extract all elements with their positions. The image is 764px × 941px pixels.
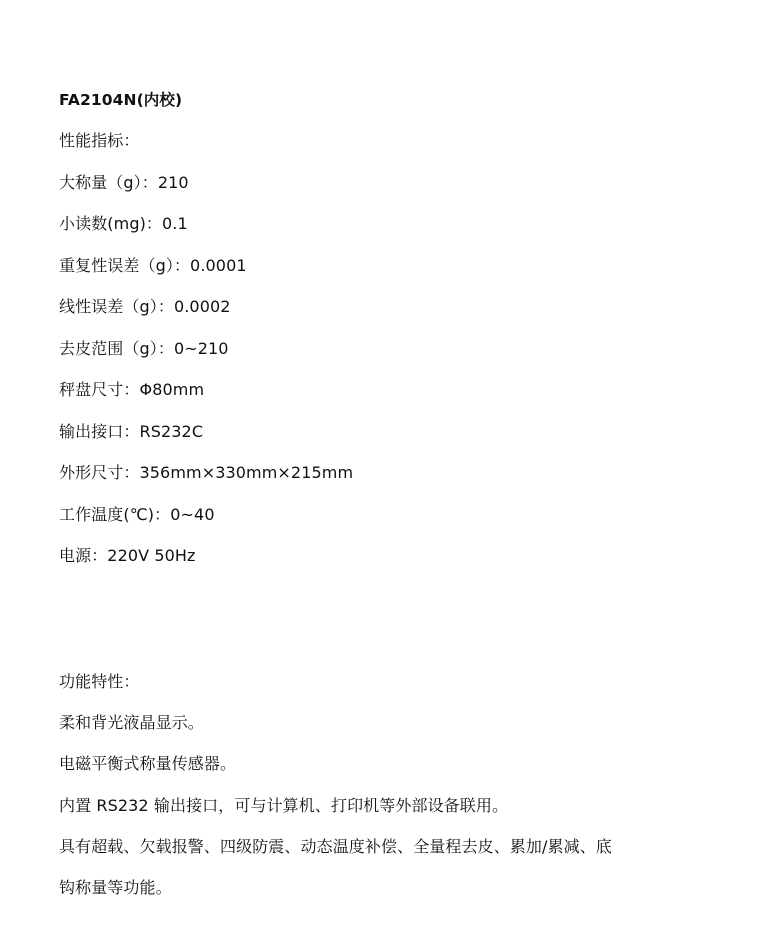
spec-operating-temperature: 工作温度(℃)：0~40 (59, 505, 215, 525)
spec-pan-size: 秤盘尺寸：Φ80mm (59, 380, 204, 400)
spec-output-interface: 输出接口：RS232C (59, 422, 203, 442)
specs-heading: 性能指标： (59, 131, 140, 151)
feature-functions-line2: 钩称量等功能。 (59, 878, 172, 898)
feature-backlit-lcd: 柔和背光液晶显示。 (59, 713, 204, 733)
feature-rs232: 内置 RS232 输出接口，可与计算机、打印机等外部设备联用。 (59, 796, 508, 816)
spec-linearity: 线性误差（g）：0.0002 (59, 297, 231, 317)
product-title: FA2104N(内校) (59, 90, 182, 110)
spec-tare-range: 去皮范围（g）：0~210 (59, 339, 229, 359)
spec-dimensions: 外形尺寸：356mm×330mm×215mm (59, 463, 353, 483)
features-heading: 功能特性： (59, 672, 140, 692)
spec-power: 电源：220V 50Hz (59, 546, 196, 566)
feature-functions-line1: 具有超载、欠载报警、四级防震、动态温度补偿、全量程去皮、累加/累减、底 (59, 837, 612, 857)
feature-sensor: 电磁平衡式称量传感器。 (59, 754, 236, 774)
spec-readability: 小读数(mg)：0.1 (59, 214, 188, 234)
spec-repeatability: 重复性误差（g）：0.0001 (59, 256, 247, 276)
spec-max-capacity: 大称量（g）：210 (59, 173, 189, 193)
